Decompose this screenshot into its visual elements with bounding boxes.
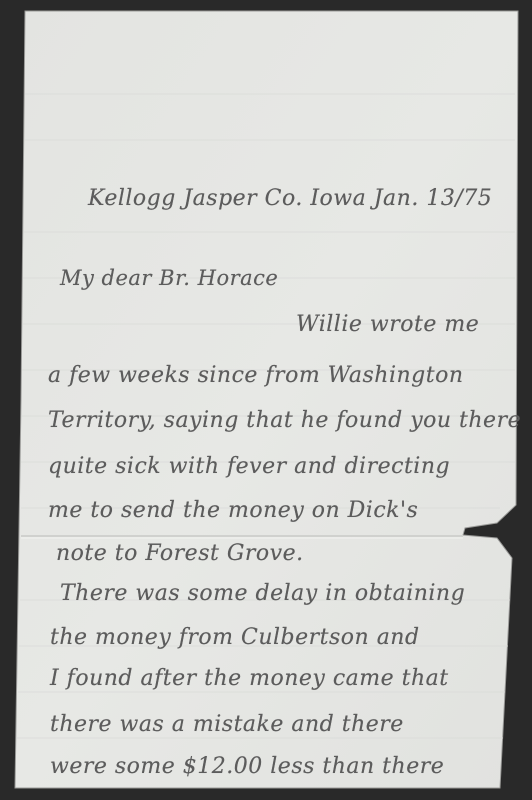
letter-line-9: I found after the money came that — [50, 668, 449, 690]
letter-line-2: a few weeks since from Washington — [48, 365, 464, 387]
letter-page: Kellogg Jasper Co. Iowa Jan. 13/75 My de… — [0, 0, 532, 800]
letter-line-7: There was some delay in obtaining — [60, 583, 465, 605]
letter-line-11: were some $12.00 less than there — [50, 756, 444, 778]
letter-salutation: My dear Br. Horace — [60, 268, 278, 289]
letter-dateline: Kellogg Jasper Co. Iowa Jan. 13/75 — [88, 188, 492, 210]
scan-background: Kellogg Jasper Co. Iowa Jan. 13/75 My de… — [0, 0, 532, 800]
letter-line-10: there was a mistake and there — [50, 714, 404, 736]
letter-line-1: Willie wrote me — [296, 314, 479, 336]
letter-line-4: quite sick with fever and directing — [48, 456, 450, 478]
letter-line-6: note to Forest Grove. — [56, 543, 304, 565]
letter-line-3: Territory, saying that he found you ther… — [48, 410, 521, 432]
letter-line-8: the money from Culbertson and — [50, 627, 420, 649]
letter-line-5: me to send the money on Dick's — [48, 500, 418, 522]
